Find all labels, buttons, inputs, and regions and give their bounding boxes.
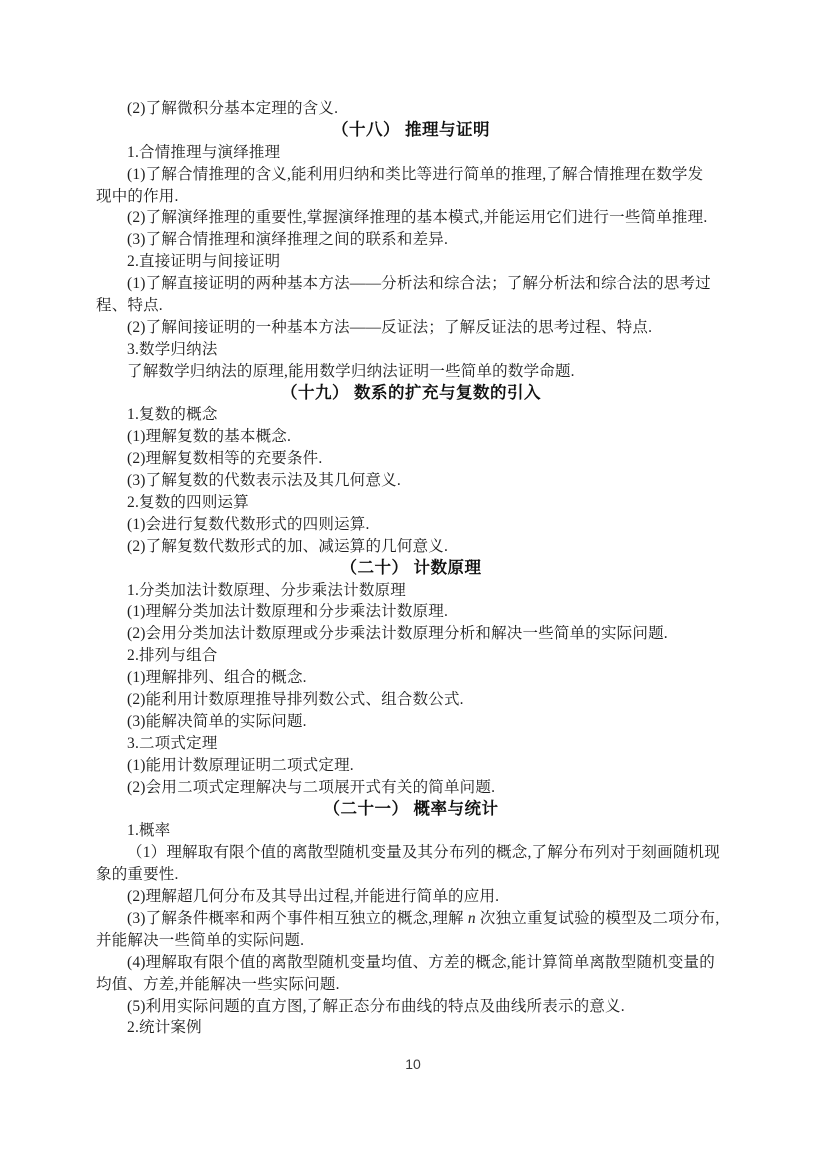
text-line: (1)了解直接证明的两种基本方法——分析法和综合法；了解分析法和综合法的思考过 (96, 273, 726, 295)
text-line: (2)了解演绎推理的重要性,掌握演绎推理的基本模式,并能运用它们进行一些简单推理… (96, 207, 726, 229)
section-heading: （二十） 计数原理 (96, 558, 726, 580)
document-body: (2)了解微积分基本定理的含义.（十八） 推理与证明1.合情推理与演绎推理(1)… (96, 98, 726, 1039)
text-line: （1）理解取有限个值的离散型随机变量及其分布列的概念,了解分布列对于刻画随机现 (96, 842, 726, 864)
text-segment: 次独立重复试验的模型及二项分布, (476, 910, 720, 927)
section-heading: （十九） 数系的扩充与复数的引入 (96, 383, 726, 405)
text-line: (1)理解排列、组合的概念. (96, 667, 726, 689)
text-line: 1.分类加法计数原理、分步乘法计数原理 (96, 580, 726, 602)
text-line: (1)能用计数原理证明二项式定理. (96, 755, 726, 777)
text-line: 1.合情推理与演绎推理 (96, 142, 726, 164)
text-line: 1.复数的概念 (96, 404, 726, 426)
document-page: (2)了解微积分基本定理的含义.（十八） 推理与证明1.合情推理与演绎推理(1)… (0, 0, 826, 1169)
page-number: 10 (0, 1054, 826, 1074)
section-heading: （十八） 推理与证明 (96, 120, 726, 142)
text-line: (2)了解间接证明的一种基本方法——反证法；了解反证法的思考过程、特点. (96, 317, 726, 339)
text-line: 3.数学归纳法 (96, 339, 726, 361)
text-line: (2)理解复数相等的充要条件. (96, 448, 726, 470)
text-line: (3)了解复数的代数表示法及其几何意义. (96, 470, 726, 492)
text-line: (1)理解复数的基本概念. (96, 426, 726, 448)
text-line: (5)利用实际问题的直方图,了解正态分布曲线的特点及曲线所表示的意义. (96, 996, 726, 1018)
text-line: (3)了解合情推理和演绎推理之间的联系和差异. (96, 229, 726, 251)
text-line: (2)会用分类加法计数原理或分步乘法计数原理分析和解决一些简单的实际问题. (96, 623, 726, 645)
text-line: 2.复数的四则运算 (96, 492, 726, 514)
text-line: (1)理解分类加法计数原理和分步乘法计数原理. (96, 601, 726, 623)
text-line: 2.排列与组合 (96, 645, 726, 667)
text-line: (2)会用二项式定理解决与二项展开式有关的简单问题. (96, 777, 726, 799)
text-line: 1.概率 (96, 820, 726, 842)
text-line: (3)能解决简单的实际问题. (96, 711, 726, 733)
text-line: 现中的作用. (96, 186, 726, 208)
text-line: 并能解决一些简单的实际问题. (96, 930, 726, 952)
text-line: (1)会进行复数代数形式的四则运算. (96, 514, 726, 536)
text-line: 3.二项式定理 (96, 733, 726, 755)
text-segment: (3)了解条件概率和两个事件相互独立的概念,理解 (127, 910, 468, 927)
text-line: 了解数学归纳法的原理,能用数学归纳法证明一些简单的数学命题. (96, 361, 726, 383)
text-line: (2)理解超几何分布及其导出过程,并能进行简单的应用. (96, 886, 726, 908)
text-line: 均值、方差,并能解决一些实际问题. (96, 974, 726, 996)
text-line: (1)了解合情推理的含义,能利用归纳和类比等进行简单的推理,了解合情推理在数学发 (96, 164, 726, 186)
text-line: 程、特点. (96, 295, 726, 317)
text-line: 2.统计案例 (96, 1017, 726, 1039)
text-line: (2)了解复数代数形式的加、减运算的几何意义. (96, 536, 726, 558)
math-variable: n (468, 910, 476, 927)
text-line: (2)了解微积分基本定理的含义. (96, 98, 726, 120)
section-heading: （二十一） 概率与统计 (96, 799, 726, 821)
text-line: (2)能利用计数原理推导排列数公式、组合数公式. (96, 689, 726, 711)
text-line: 2.直接证明与间接证明 (96, 251, 726, 273)
text-line: (3)了解条件概率和两个事件相互独立的概念,理解 n 次独立重复试验的模型及二项… (96, 908, 726, 930)
text-line: (4)理解取有限个值的离散型随机变量均值、方差的概念,能计算简单离散型随机变量的 (96, 952, 726, 974)
text-line: 象的重要性. (96, 864, 726, 886)
